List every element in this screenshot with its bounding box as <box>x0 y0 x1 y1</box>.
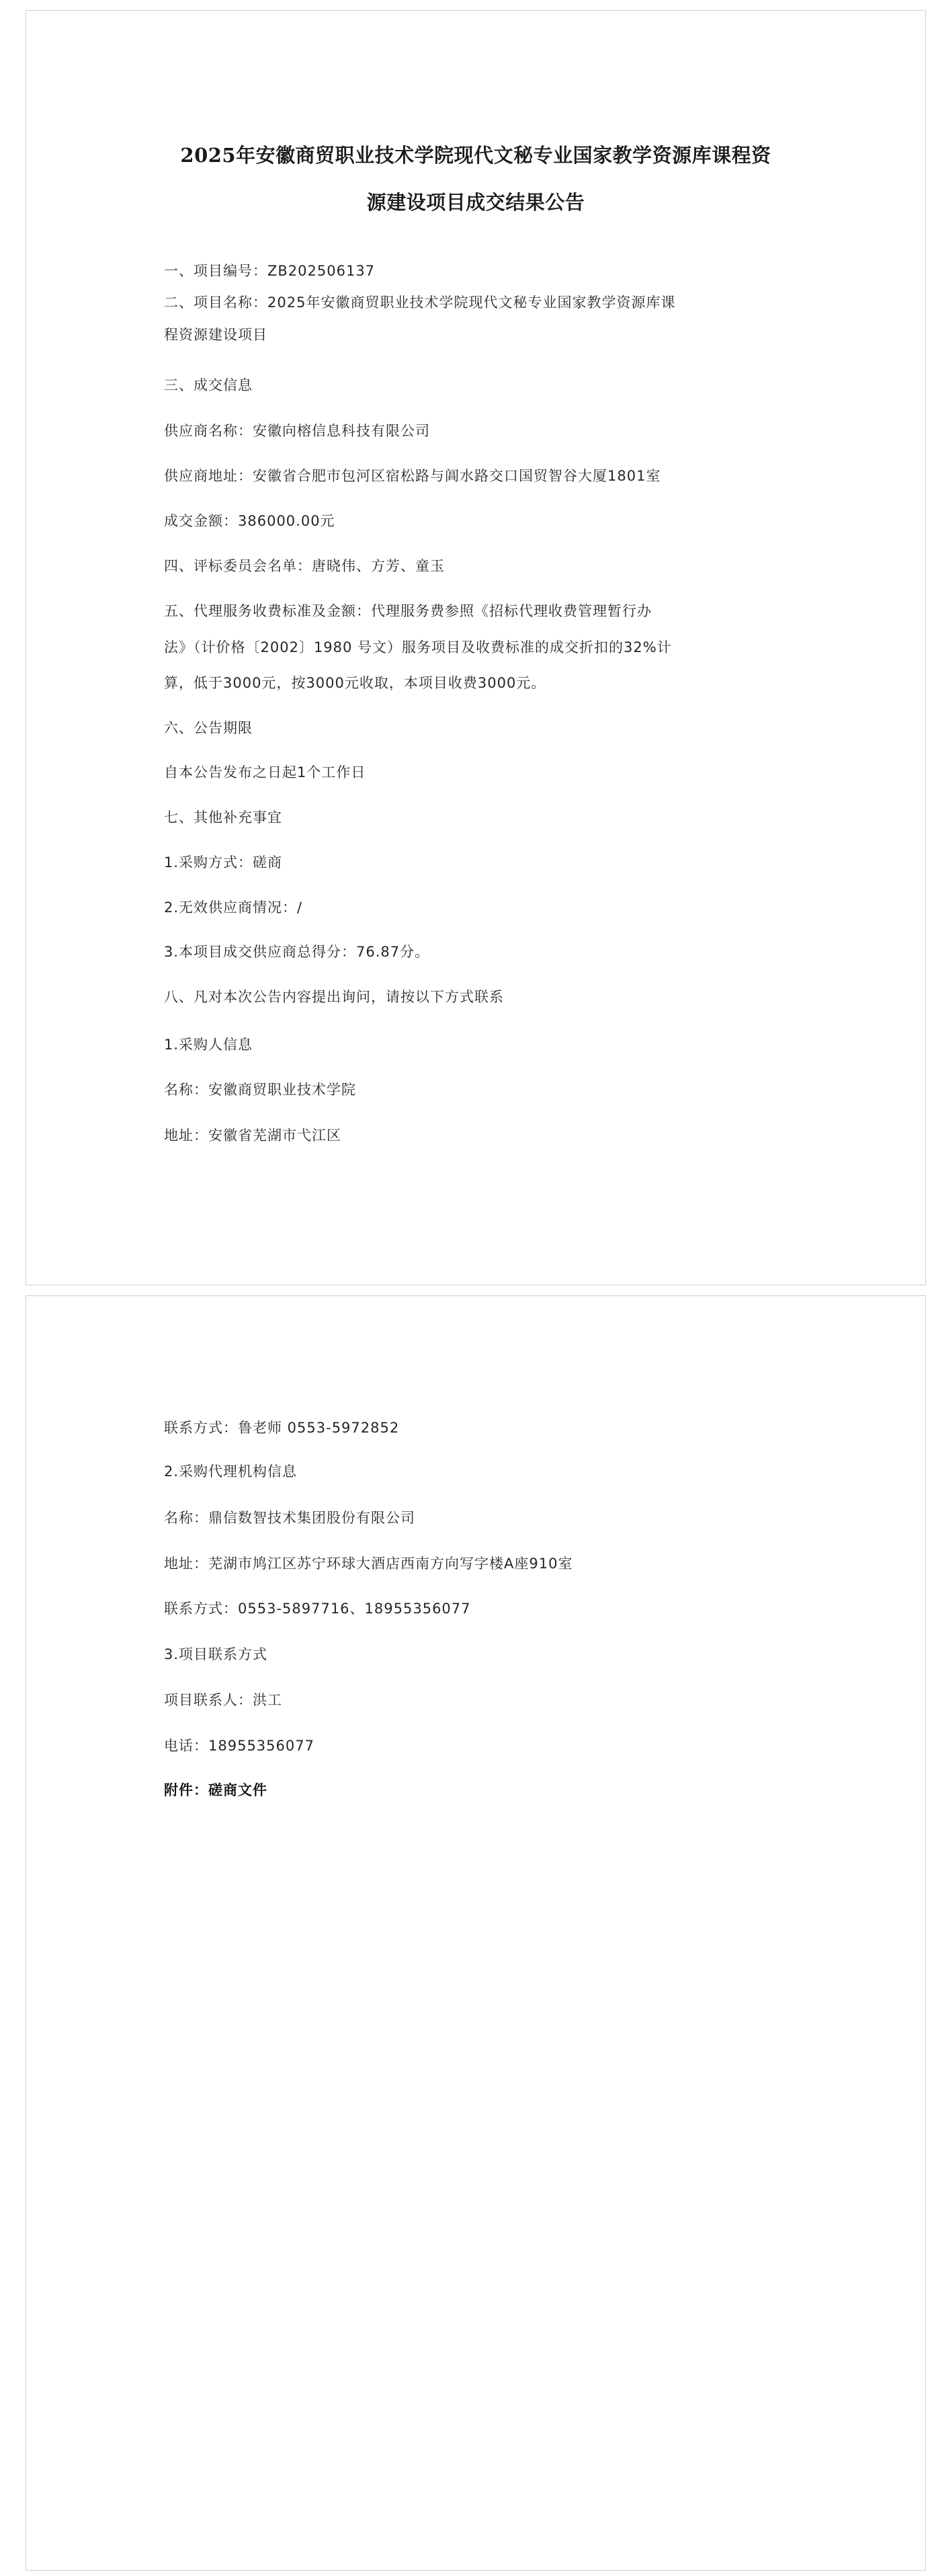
attachment-link[interactable]: 附件：磋商文件 <box>164 1780 267 1800</box>
section-other-matters-heading: 七、其他补充事宜 <box>164 807 282 828</box>
project-contact-heading: 3.项目联系方式 <box>164 1644 267 1664</box>
notice-period: 自本公告发布之日起1个工作日 <box>164 762 366 782</box>
section-notice-period-heading: 六、公告期限 <box>164 718 253 738</box>
agency-address: 地址：芜湖市鸠江区苏宁环球大酒店西南方向写字楼A座910室 <box>164 1554 573 1574</box>
agency-name: 名称：鼎信数智技术集团股份有限公司 <box>164 1508 415 1528</box>
agency-fee-line-2: 法》（计价格〔2002〕1980 号文）服务项目及收费标准的成交折扣的32%计 <box>164 637 672 657</box>
document-title-line-2: 源建设项目成交结果公告 <box>26 189 925 216</box>
project-name: 二、项目名称：2025年安徽商贸职业技术学院现代文秘专业国家教学资源库课 <box>164 292 675 313</box>
purchaser-contact: 联系方式：鲁老师 0553-5972852 <box>164 1418 399 1438</box>
section-deal-info-heading: 三、成交信息 <box>164 375 253 395</box>
supplier-name: 供应商名称：安徽向榕信息科技有限公司 <box>164 421 430 441</box>
purchaser-name: 名称：安徽商贸职业技术学院 <box>164 1080 356 1100</box>
document-page-2: 联系方式：鲁老师 0553-5972852 2.采购代理机构信息 名称：鼎信数智… <box>26 1295 926 2571</box>
agency-info-heading: 2.采购代理机构信息 <box>164 1461 297 1482</box>
agency-fee-line-3: 算，低于3000元，按3000元收取，本项目收费3000元。 <box>164 673 546 693</box>
deal-amount: 成交金额：386000.00元 <box>164 511 335 531</box>
document-title-line-1: 2025年安徽商贸职业技术学院现代文秘专业国家教学资源库课程资 <box>26 142 925 169</box>
invalid-suppliers: 2.无效供应商情况：/ <box>164 897 302 918</box>
evaluation-committee: 四、评标委员会名单：唐晓伟、方芳、童玉 <box>164 556 445 576</box>
agency-fee-line-1: 五、代理服务收费标准及金额：代理服务费参照《招标代理收费管理暂行办 <box>164 601 652 621</box>
supplier-total-score: 3.本项目成交供应商总得分：76.87分。 <box>164 942 429 962</box>
project-name-continued: 程资源建设项目 <box>164 325 267 345</box>
purchaser-info-heading: 1.采购人信息 <box>164 1035 253 1055</box>
agency-contact: 联系方式：0553-5897716、18955356077 <box>164 1599 471 1619</box>
supplier-address: 供应商地址：安徽省合肥市包河区宿松路与阊水路交口国贸智谷大厦1801室 <box>164 466 661 486</box>
section-contact-heading: 八、凡对本次公告内容提出询问，请按以下方式联系 <box>164 987 504 1007</box>
purchaser-address: 地址：安徽省芜湖市弋江区 <box>164 1125 341 1145</box>
project-number: 一、项目编号：ZB202506137 <box>164 261 375 281</box>
document-page-1: 2025年安徽商贸职业技术学院现代文秘专业国家教学资源库课程资 源建设项目成交结… <box>26 10 926 1285</box>
project-contact-phone: 电话：18955356077 <box>164 1736 314 1756</box>
procurement-method: 1.采购方式：磋商 <box>164 852 282 873</box>
project-contact-person: 项目联系人：洪工 <box>164 1690 282 1710</box>
